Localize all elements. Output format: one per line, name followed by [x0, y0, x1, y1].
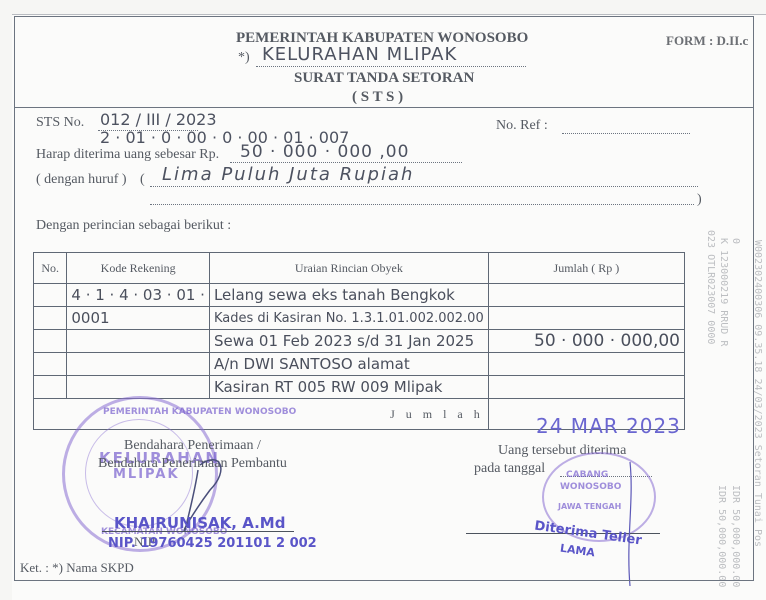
row-uraian: Sewa 01 Feb 2023 s/d 31 Jan 2025: [209, 330, 488, 353]
row-kode: 0001: [67, 307, 210, 330]
row-jumlah: [488, 353, 684, 376]
teller-signature: [620, 460, 640, 590]
amount-value: 50 · 000 · 000 ,00: [240, 142, 409, 162]
row-kode: [67, 330, 210, 353]
sts-number-value: 012 / III / 2023: [100, 110, 217, 129]
stamp-ring-top: PEMERINTAH KABUPATEN WONOSOBO: [103, 407, 296, 417]
row-uraian: A/n DWI SANTOSO alamat: [209, 353, 488, 376]
treasurer-signature-line: [102, 531, 294, 532]
amount-label: Harap diterima uang sebesar Rp.: [36, 147, 219, 163]
ref-label: No. Ref :: [496, 118, 548, 134]
row-no: [34, 330, 67, 353]
sts-number-label: STS No.: [36, 115, 84, 131]
table-row: 4 · 1 · 4 · 03 · 01 · Lelang sewa eks ta…: [34, 284, 685, 307]
row-kode: 4 · 1 · 4 · 03 · 01 ·: [67, 284, 210, 307]
bottom-border: [14, 580, 754, 581]
document-abbrev: ( S T S ): [352, 89, 403, 106]
words-open-paren: (: [140, 172, 145, 188]
received-line-2: pada tanggal: [474, 461, 545, 477]
received-date-stamp: 24 MAR 2023: [536, 414, 681, 438]
row-no: [34, 376, 67, 399]
bleed-col-2: K 123000219 RRUD R: [718, 238, 729, 346]
bleed-col-1: 023 OTLR023007 0000: [705, 230, 716, 344]
details-intro: Dengan perincian sebagai berikut :: [36, 218, 231, 234]
document-title: SURAT TANDA SETORAN: [294, 70, 474, 87]
footnote: Ket. : *) Nama SKPD: [20, 560, 134, 576]
table-header-row: No. Kode Rekening Uraian Rincian Obyek J…: [34, 253, 685, 284]
row-jumlah: 50 · 000 · 000,00: [488, 330, 684, 353]
row-uraian: Kasiran RT 005 RW 009 Mlipak: [209, 376, 488, 399]
row-jumlah: [488, 376, 684, 399]
form-code: FORM : D.II.c: [666, 33, 748, 49]
header-uraian: Uraian Rincian Obyek: [209, 253, 488, 284]
row-no: [34, 353, 67, 376]
bleed-col-3: 0: [730, 238, 741, 244]
row-no: [34, 284, 67, 307]
header-kode-rekening: Kode Rekening: [67, 253, 210, 284]
skpd-dotted-line: [256, 66, 526, 67]
bank-stamp-text-2: WONOSOBO: [560, 482, 621, 492]
bleed-col-4: W002302400306 09.35.18 24/03/2023 Setora…: [752, 240, 763, 547]
table-row: 0001 Kades di Kasiran No. 1.3.1.01.002.0…: [34, 307, 685, 330]
row-jumlah: [488, 307, 684, 330]
bleed-amount-2: IDR 50,000,000.00: [716, 485, 727, 587]
words-dots-1: [150, 186, 698, 187]
header-no: No.: [34, 253, 67, 284]
skpd-name: KELURAHAN MLIPAK: [262, 44, 457, 65]
row-uraian: Lelang sewa eks tanah Bengkok: [209, 284, 488, 307]
treasurer-nip: NIP. 19760425 201101 2 002: [108, 536, 317, 551]
bank-stamp-text-1: CABANG: [566, 470, 608, 480]
row-jumlah: [488, 284, 684, 307]
header-jumlah: Jumlah ( Rp ): [488, 253, 684, 284]
words-dots-2: [150, 204, 694, 205]
row-no: [34, 307, 67, 330]
treasurer-name: KHAIRUNISAK, A.Md: [114, 514, 285, 532]
bank-stamp-text-3: JAWA TENGAH: [558, 502, 621, 511]
table-row: Sewa 01 Feb 2023 s/d 31 Jan 2025 50 · 00…: [34, 330, 685, 353]
header-divider: [14, 107, 754, 108]
row-kode: [67, 353, 210, 376]
words-close-paren: ): [697, 192, 702, 208]
skpd-prefix: *): [238, 50, 250, 66]
words-label: ( dengan huruf ): [36, 172, 127, 188]
ref-dots: [562, 133, 690, 134]
table-row: A/n DWI SANTOSO alamat: [34, 353, 685, 376]
amount-in-words: Lima Puluh Juta Rupiah: [162, 164, 414, 185]
amount-dots: [230, 162, 462, 163]
bleed-amount-1: IDR 50,000,000.00: [730, 485, 741, 587]
row-uraian: Kades di Kasiran No. 1.3.1.01.002.002.00: [209, 307, 488, 330]
table-row: Kasiran RT 005 RW 009 Mlipak: [34, 376, 685, 399]
